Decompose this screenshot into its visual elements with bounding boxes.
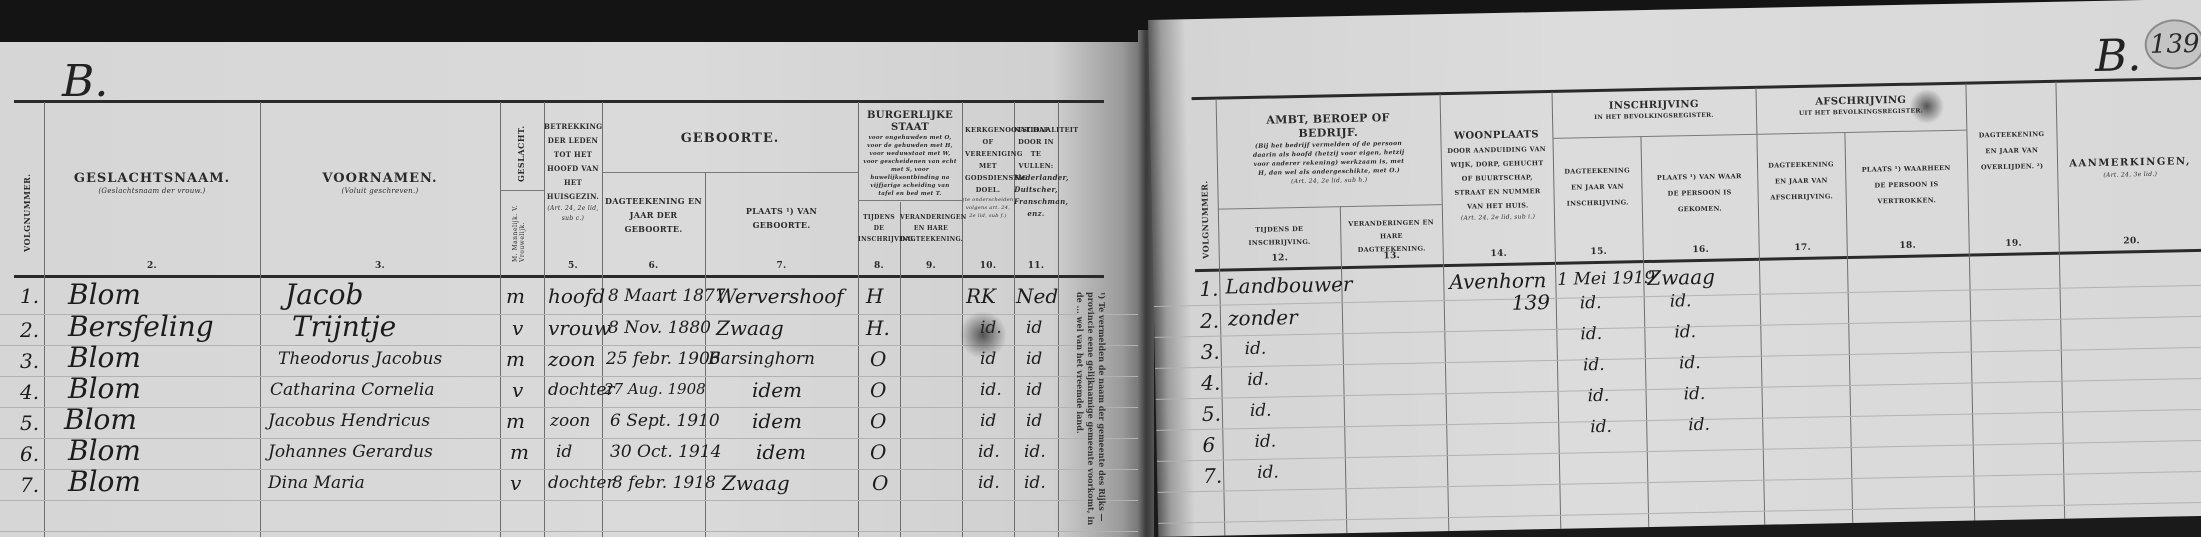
header-ambt: AMBT, BEROEP OF BEDRIJF. (Bij het bedrij… bbox=[1216, 94, 1442, 208]
row-number: 2. bbox=[1200, 309, 1220, 333]
header-title: GESLACHTSNAAM. bbox=[44, 172, 260, 186]
header-overlijden: DAGTEEKENING EN JAAR VAN OVERLIJDEN. ²) … bbox=[1965, 82, 2058, 254]
row-number: 6 bbox=[1202, 433, 1215, 457]
surname: Blom bbox=[68, 434, 141, 467]
surname: Blom bbox=[68, 341, 141, 374]
header-tijdens-inschrijving: TIJDENS DE INSCHRIJVING. 8. bbox=[858, 200, 900, 275]
row-number: 3. bbox=[20, 349, 39, 373]
birth-place: Zwaag bbox=[716, 316, 784, 340]
header-title: BURGERLIJKE STAAT bbox=[858, 110, 962, 134]
header-title: TIJDENS DE INSCHRIJVING. bbox=[1218, 222, 1340, 250]
header-subtitle: Nederlander, Duitscher, Franschman, enz. bbox=[1014, 172, 1058, 220]
row-number: 6. bbox=[20, 442, 39, 466]
occupation: id. bbox=[1250, 401, 1272, 421]
occupation: id. bbox=[1257, 462, 1279, 482]
relation: zoon bbox=[550, 411, 590, 431]
nationality: id. bbox=[1024, 473, 1046, 493]
table-row: 1. Blom Jacob m hoofd 8 Maart 1877 Werve… bbox=[0, 280, 1060, 314]
header-voornamen: VOORNAMEN. (Voluit geschreven.) 3. bbox=[260, 102, 500, 275]
civil-status: O bbox=[870, 347, 886, 371]
ruled-line bbox=[0, 531, 1145, 532]
given-names: Trijntje bbox=[292, 310, 396, 343]
column-number: 6. bbox=[602, 259, 705, 273]
header-datum-inschrijving: DAGTEEKENING EN JAAR VAN INSCHRIJVING. 1… bbox=[1552, 136, 1642, 262]
birth-date: 8 febr. 1918 bbox=[612, 473, 716, 493]
header-subtitle: (te onderscheiden volgens art. 24, 2e li… bbox=[962, 196, 1014, 220]
header-subtitle: (Voluit geschreven.) bbox=[260, 186, 500, 196]
from-place: Zwaag bbox=[1647, 265, 1715, 290]
row-number: 1. bbox=[1199, 277, 1219, 301]
birth-date: 25 febr. 1906 bbox=[606, 349, 721, 369]
relation: zoon bbox=[548, 347, 596, 371]
ink-smudge bbox=[960, 310, 1006, 360]
header-tijdens-inschrijving: TIJDENS DE INSCHRIJVING. 12. bbox=[1218, 206, 1341, 268]
header-inschrijving: INSCHRIJVING IN HET BEVOLKINGSREGISTER. bbox=[1552, 88, 1757, 138]
relation: hoofd bbox=[548, 284, 605, 308]
header-title: PLAATS ¹) VAN WAAR DE PERSOON IS GEKOMEN… bbox=[1641, 168, 1758, 218]
birth-place: idem bbox=[752, 409, 802, 433]
religion: id. bbox=[978, 442, 1000, 462]
nationality: id bbox=[1026, 318, 1042, 338]
header-geboorte-datum: DAGTEEKENING EN JAAR DER GEBOORTE. 6. bbox=[602, 172, 705, 275]
given-names: Dina Maria bbox=[268, 473, 365, 493]
row-number: 5. bbox=[1202, 402, 1222, 426]
birth-date: 6 Sept. 1910 bbox=[610, 411, 720, 431]
from-place: id. bbox=[1688, 415, 1710, 435]
table-row: 4. Blom Catharina Cornelia v dochter 27 … bbox=[0, 376, 1060, 407]
religion: id. bbox=[978, 473, 1000, 493]
column-number: 18. bbox=[1847, 238, 1969, 254]
column-number: 17. bbox=[1759, 240, 1847, 256]
header-title: AMBT, BEROEP OF BEDRIJF. bbox=[1216, 110, 1441, 142]
given-names: Jacob bbox=[285, 278, 363, 311]
occupation: id. bbox=[1247, 370, 1269, 390]
header-volgnummer: VOLGNUMMER. bbox=[1199, 169, 1211, 259]
sex: v bbox=[512, 378, 523, 402]
row-number: 4. bbox=[20, 380, 39, 404]
birth-date: 8 Maart 1877 bbox=[608, 286, 726, 306]
column-number: 10. bbox=[962, 259, 1014, 273]
row-number: 5. bbox=[20, 411, 39, 435]
surname: Bersfeling bbox=[68, 310, 214, 343]
surname: Blom bbox=[64, 403, 137, 436]
header-title: DAGTEEKENING EN JAAR DER GEBOORTE. bbox=[602, 194, 705, 236]
from-place: id. bbox=[1674, 322, 1696, 342]
registration-date: id. bbox=[1580, 324, 1602, 344]
column-number: 16. bbox=[1643, 242, 1759, 258]
birth-place: Zwaag bbox=[722, 471, 790, 495]
header-title: PLAATS ¹) WAARHEEN DE PERSOON IS VERTROK… bbox=[1845, 160, 1968, 210]
column-number: 15. bbox=[1555, 244, 1643, 260]
table-row: 3. Blom Theodorus Jacobus m zoon 25 febr… bbox=[0, 345, 1060, 376]
civil-status: H bbox=[866, 284, 883, 308]
surname: Blom bbox=[68, 372, 141, 405]
birth-date: 8 Nov. 1880 bbox=[608, 318, 711, 338]
page-letter: B. bbox=[2094, 30, 2141, 82]
occupation: id. bbox=[1244, 339, 1266, 359]
civil-status: O bbox=[870, 409, 886, 433]
column-number: 7. bbox=[705, 259, 858, 273]
header-volgnummer: VOLGNUMMER. bbox=[22, 162, 32, 252]
civil-status: H. bbox=[866, 316, 890, 340]
ruled-line bbox=[0, 500, 1145, 501]
column-number: 8. bbox=[858, 259, 900, 273]
table-row: 7. Blom Dina Maria v dochter 8 febr. 191… bbox=[0, 469, 1060, 500]
surname: Blom bbox=[68, 278, 141, 311]
left-page: B. VOLGNUMMER. GESLACHTSNAAM. (Geslachts… bbox=[0, 42, 1145, 537]
religion: id bbox=[980, 411, 996, 431]
given-names: Jacobus Hendricus bbox=[268, 411, 430, 431]
column-number: 9. bbox=[900, 259, 962, 273]
from-place: id. bbox=[1670, 291, 1692, 311]
header-aanmerkingen: AANMERKINGEN, (Art. 24, 3e lid.) 20. bbox=[2055, 79, 2201, 252]
given-names: Johannes Gerardus bbox=[268, 442, 433, 462]
header-title: TIJDENS DE INSCHRIJVING. bbox=[858, 212, 900, 245]
row-number: 1. bbox=[20, 284, 39, 308]
civil-status: O bbox=[870, 440, 886, 464]
ruled-line bbox=[1158, 502, 2201, 524]
column-number: 11. bbox=[1014, 259, 1058, 273]
right-page: B. 139 VOLGNUMMER. AMBT, BEROEP OF BEDRI… bbox=[1148, 0, 2201, 537]
sex: m bbox=[510, 440, 529, 464]
header-title: DAGTEEKENING EN JAAR VAN INSCHRIJVING. bbox=[1553, 162, 1642, 212]
column-number: 13. bbox=[1341, 248, 1443, 264]
registration-date: 1 Mei 1919 bbox=[1557, 268, 1655, 290]
sex: m bbox=[506, 347, 525, 371]
row-number: 7. bbox=[20, 473, 39, 497]
header-title: BETREKKING DER LEDEN TOT HET HOOFD VAN H… bbox=[544, 120, 602, 204]
header-veranderingen: VERANDERINGEN EN HARE DAGTEEKENING. 9. bbox=[900, 200, 962, 275]
header-subtitle: (Art. 24, 2e lid, sub c.) bbox=[544, 204, 602, 224]
header-bottom-rule bbox=[14, 275, 1104, 278]
sex: m bbox=[506, 409, 525, 433]
religion: RK bbox=[966, 284, 996, 308]
header-subtitle: (Bij het bedrijf vermelden of de persoon… bbox=[1216, 138, 1441, 178]
registration-date: id. bbox=[1590, 417, 1612, 437]
column-number: 2. bbox=[44, 259, 260, 273]
row-number: 4. bbox=[1201, 371, 1221, 395]
header-title: NATIONALITEIT DOOR IN TE VULLEN: bbox=[1014, 124, 1058, 172]
given-names: Theodorus Jacobus bbox=[278, 349, 442, 369]
from-place: id. bbox=[1679, 353, 1701, 373]
religion: id. bbox=[980, 380, 1002, 400]
header-betrekking: BETREKKING DER LEDEN TOT HET HOOFD VAN H… bbox=[544, 102, 602, 275]
occupation: zonder bbox=[1228, 305, 1298, 330]
row-number: 2. bbox=[20, 318, 39, 342]
relation: id bbox=[556, 442, 572, 462]
civil-status: O bbox=[870, 378, 886, 402]
nationality: Ned bbox=[1016, 284, 1058, 308]
nationality: id bbox=[1026, 380, 1042, 400]
header-subtitle: DOOR AANDUIDING VAN WIJK, DORP, GEHUCHT … bbox=[1441, 142, 1554, 214]
header-datum-afschrijving: DAGTEEKENING EN JAAR VAN AFSCHRIJVING. 1… bbox=[1756, 132, 1846, 258]
nationality: id bbox=[1026, 411, 1042, 431]
civil-status: O bbox=[872, 471, 888, 495]
header-geboorte-plaats: PLAATS ¹) VAN GEBOORTE. 7. bbox=[705, 172, 858, 275]
birth-place: Wervershoof bbox=[716, 284, 844, 308]
header-nationaliteit: NATIONALITEIT DOOR IN TE VULLEN: Nederla… bbox=[1014, 102, 1058, 275]
birth-date: 30 Oct. 1914 bbox=[610, 442, 721, 462]
surname: Blom bbox=[68, 465, 141, 498]
column-number: 3. bbox=[260, 259, 500, 273]
header-geboorte: GEBOORTE. bbox=[602, 102, 858, 172]
footnote: ¹) Te vermelden de naam der gemeente des… bbox=[1074, 292, 1107, 532]
column-number: 5. bbox=[544, 259, 602, 273]
registration-date: id. bbox=[1583, 355, 1605, 375]
birth-date: 27 Aug. 1908 bbox=[604, 380, 706, 398]
column-number: 14. bbox=[1443, 246, 1555, 262]
header-title: VERANDERINGEN EN HARE DAGTEEKENING. bbox=[900, 212, 962, 245]
table-row: 2. Bersfeling Trijntje v vrouw 8 Nov. 18… bbox=[0, 314, 1060, 345]
row-number: 3. bbox=[1200, 340, 1220, 364]
header-plaats-vertrokken: PLAATS ¹) WAARHEEN DE PERSOON IS VERTROK… bbox=[1844, 130, 1968, 256]
header-veranderingen: VERANDERINGEN EN HARE DAGTEEKENING. 13. bbox=[1340, 204, 1443, 266]
header-subtitle: voor ongehuwden met O, voor de gehuwden … bbox=[858, 134, 962, 198]
birth-place: idem bbox=[756, 440, 806, 464]
header-divider bbox=[500, 190, 544, 191]
from-place: id. bbox=[1683, 384, 1705, 404]
sex: v bbox=[510, 471, 521, 495]
occupation: Landbouwer bbox=[1225, 272, 1353, 299]
relation: dochter bbox=[548, 473, 615, 493]
column-number: 19. bbox=[1969, 236, 2059, 252]
header-burgerlijke-staat: BURGERLIJKE STAAT voor ongehuwden met O,… bbox=[858, 102, 962, 200]
residence: 139 bbox=[1512, 290, 1551, 315]
registration-date: id. bbox=[1580, 293, 1602, 313]
header-title: GEBOORTE. bbox=[602, 132, 858, 146]
birth-place: idem bbox=[752, 378, 802, 402]
given-names: Catharina Cornelia bbox=[270, 380, 435, 400]
registration-date: id. bbox=[1587, 386, 1609, 406]
row-number: 7. bbox=[1203, 464, 1223, 488]
occupation: id. bbox=[1254, 432, 1276, 452]
sex: v bbox=[512, 316, 523, 340]
header-plaats-gekomen: PLAATS ¹) VAN WAAR DE PERSOON IS GEKOMEN… bbox=[1640, 134, 1758, 260]
header-kerkgenootschap: KERKGENOOTSCHAP OF VEREENIGING MET GODSD… bbox=[962, 102, 1014, 275]
column-number: 20. bbox=[2059, 233, 2201, 250]
page-number-stamp: 139 bbox=[2144, 19, 2201, 70]
header-subtitle: (Geslachtsnaam der vrouw.) bbox=[44, 186, 260, 196]
header-geslacht: GESLACHT. bbox=[516, 112, 526, 182]
header-geslacht-sub: M. Mannelijk. V. Vrouwelijk. bbox=[512, 202, 526, 262]
table-row: 6. Blom Johannes Gerardus m id 30 Oct. 1… bbox=[0, 438, 1060, 469]
birth-place: Barsinghorn bbox=[708, 349, 815, 369]
table-row: 5. Blom Jacobus Hendricus m zoon 6 Sept.… bbox=[0, 407, 1060, 438]
header-title: PLAATS ¹) VAN GEBOORTE. bbox=[705, 204, 858, 232]
header-woonplaats: WOONPLAATS DOOR AANDUIDING VAN WIJK, DOR… bbox=[1440, 92, 1555, 264]
header-title: DAGTEEKENING EN JAAR VAN AFSCHRIJVING. bbox=[1757, 156, 1846, 206]
nationality: id. bbox=[1024, 442, 1046, 462]
column-number: 12. bbox=[1219, 250, 1341, 266]
header-geslachtsnaam: GESLACHTSNAAM. (Geslachtsnaam der vrouw.… bbox=[44, 102, 260, 275]
sex: m bbox=[506, 284, 525, 308]
header-title: KERKGENOOTSCHAP OF VEREENIGING MET GODSD… bbox=[962, 124, 1014, 196]
nationality: id bbox=[1026, 349, 1042, 369]
header-title: VOORNAMEN. bbox=[260, 172, 500, 186]
relation: vrouw bbox=[548, 316, 611, 340]
header-title: AANMERKINGEN, bbox=[2057, 155, 2201, 172]
header-note: (Art. 24, 2e lid, sub i.) bbox=[1442, 212, 1554, 224]
header-title: DAGTEEKENING EN JAAR VAN OVERLIJDEN. ²) bbox=[1966, 126, 2057, 176]
